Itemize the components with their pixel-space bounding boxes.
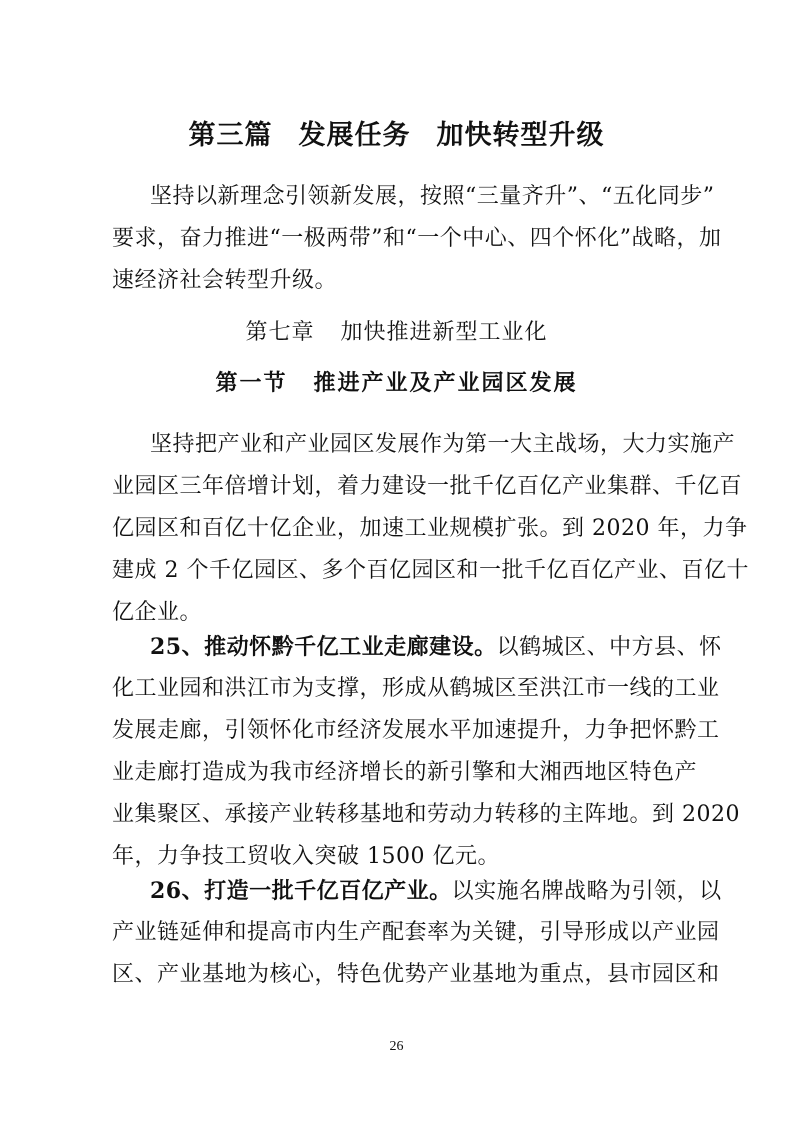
item-25-line: 化工业园和洪江市为支撑，形成从鹤城区至洪江市一线的工业	[112, 674, 690, 704]
part-subtitle-2: 加快转型升级	[437, 120, 605, 151]
item-25-first-line: 25、推动怀黔千亿工业走廊建设。以鹤城区、中方县、怀	[150, 632, 690, 662]
section-paragraph-line: 亿企业。	[112, 598, 690, 628]
part-title: 第三篇发展任务加快转型升级	[0, 118, 793, 154]
document-page: 第三篇发展任务加快转型升级 坚持以新理念引领新发展，按照“三量齐升”、“五化同步…	[0, 0, 793, 1122]
chapter-title: 第七章加快推进新型工业化	[0, 318, 793, 348]
item-25-first-line-text: 以鹤城区、中方县、怀	[497, 635, 722, 660]
section-paragraph-line: 亿园区和百亿十亿企业，加速工业规模扩张。到 2020 年，力争	[112, 514, 690, 544]
item-25-line: 业集聚区、承接产业转移基地和劳动力转移的主阵地。到 2020	[112, 800, 690, 830]
chapter-label: 第七章	[245, 320, 314, 345]
item-26-first-line-text: 以实施名牌战略为引领，以	[452, 879, 722, 904]
section-paragraph-line: 建成 2 个千亿园区、多个百亿园区和一批千亿百亿产业、百亿十	[112, 556, 690, 586]
intro-paragraph-line: 速经济社会转型升级。	[112, 266, 690, 296]
item-25-line: 业走廊打造成为我市经济增长的新引擎和大湘西地区特色产	[112, 758, 690, 788]
item-25-line: 发展走廊，引领怀化市经济发展水平加速提升，力争把怀黔工	[112, 716, 690, 746]
item-26-line: 区、产业基地为核心，特色优势产业基地为重点，县市园区和	[112, 960, 690, 990]
part-subtitle-1: 发展任务	[299, 120, 411, 151]
item-26-heading: 26、打造一批千亿百亿产业。	[150, 878, 452, 904]
item-25-heading: 25、推动怀黔千亿工业走廊建设。	[150, 634, 497, 660]
section-label: 第一节	[215, 370, 287, 396]
item-26-line: 产业链延伸和提高市内生产配套率为关键，引导形成以产业园	[112, 918, 690, 948]
item-25-line: 年，力争技工贸收入突破 1500 亿元。	[112, 842, 690, 872]
intro-paragraph-line: 坚持以新理念引领新发展，按照“三量齐升”、“五化同步”	[150, 182, 690, 212]
section-title: 第一节推进产业及产业园区发展	[0, 368, 793, 398]
intro-paragraph-line: 要求，奋力推进“一极两带”和“一个中心、四个怀化”战略，加	[112, 224, 690, 254]
section-name: 推进产业及产业园区发展	[314, 370, 578, 396]
chapter-name: 加快推进新型工业化	[341, 320, 548, 345]
section-paragraph-line: 业园区三年倍增计划，着力建设一批千亿百亿产业集群、千亿百	[112, 472, 690, 502]
part-label: 第三篇	[189, 120, 273, 151]
section-paragraph-line: 坚持把产业和产业园区发展作为第一大主战场，大力实施产	[150, 430, 690, 460]
page-number: 26	[0, 1038, 793, 1056]
item-26-first-line: 26、打造一批千亿百亿产业。以实施名牌战略为引领，以	[150, 876, 690, 906]
